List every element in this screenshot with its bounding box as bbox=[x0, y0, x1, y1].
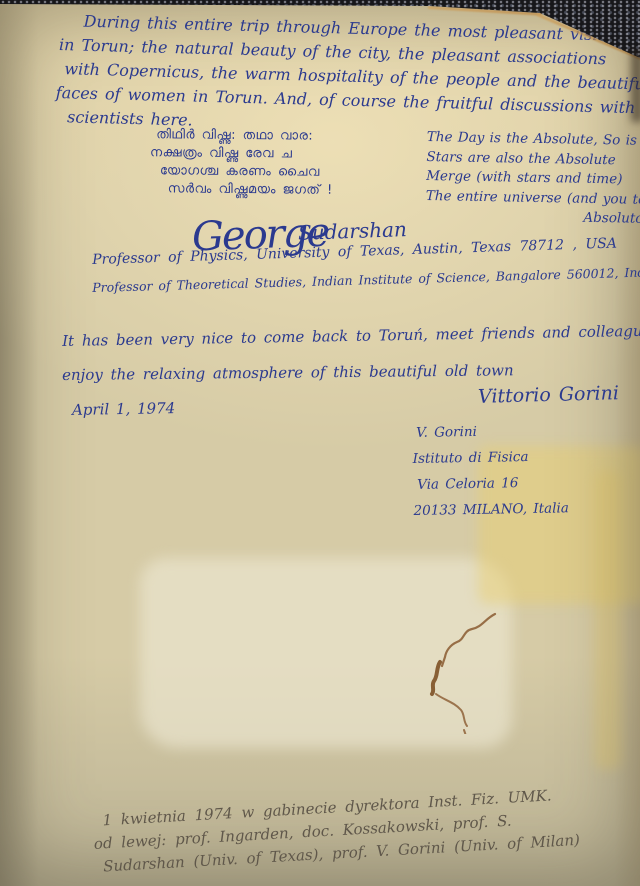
brown-crack-mark bbox=[398, 602, 502, 734]
gorini-message-line: It has been very nice to come back to To… bbox=[62, 321, 640, 350]
malayalam-verse-line: തിഥിർ വിഷ്ണു: തഥാ വാര: bbox=[156, 126, 333, 146]
gorini-signature: Vittorio Gorini bbox=[478, 382, 619, 408]
address-line: Via Celoria 16 bbox=[417, 469, 569, 498]
gorini-message-line: enjoy the relaxing atmosphere of this be… bbox=[62, 361, 514, 384]
sudarshan-title-theoretical: Professor of Theoretical Studies, Indian… bbox=[92, 264, 640, 295]
address-line: Istituto di Fisica bbox=[412, 443, 568, 472]
address-line: 20133 MILANO, Italia bbox=[413, 495, 569, 524]
malayalam-verse-line: നക്ഷത്രം വിഷ്ണു രേവ ച bbox=[150, 144, 333, 164]
sudarshan-paragraph: During this entire trip through Europe t… bbox=[55, 9, 640, 145]
sudarshan-signature: Sudarshan bbox=[298, 217, 408, 245]
entry-date: April 1, 1974 bbox=[72, 399, 176, 419]
edge-shadow bbox=[631, 50, 640, 122]
guestbook-page-photo: During this entire trip through Europe t… bbox=[0, 0, 640, 886]
malayalam-verse: തിഥിർ വിഷ്ണു: തഥാ വാര: നക്ഷത്രം വിഷ്ണു ര… bbox=[150, 126, 334, 200]
verse-translation-line: The entire universe (and you too) is the bbox=[426, 186, 640, 210]
malayalam-verse-line: സർവം വിഷ്ണുമയം ജഗത് ! bbox=[168, 180, 333, 199]
gorini-address-block: V. Gorini Istituto di Fisica Via Celoria… bbox=[412, 417, 569, 524]
pencil-caption: 1 kwietnia 1974 w gabinecie dyrektora In… bbox=[92, 783, 580, 879]
tape-stain-band bbox=[594, 470, 622, 770]
verse-translation: The Day is the Absolute, So is the Week … bbox=[425, 128, 640, 230]
malayalam-verse-line: യോഗശ്ച കരണം ചൈവ bbox=[160, 162, 333, 182]
address-line: V. Gorini bbox=[416, 417, 568, 446]
verse-translation-line: Absoluto ! bbox=[583, 209, 640, 231]
